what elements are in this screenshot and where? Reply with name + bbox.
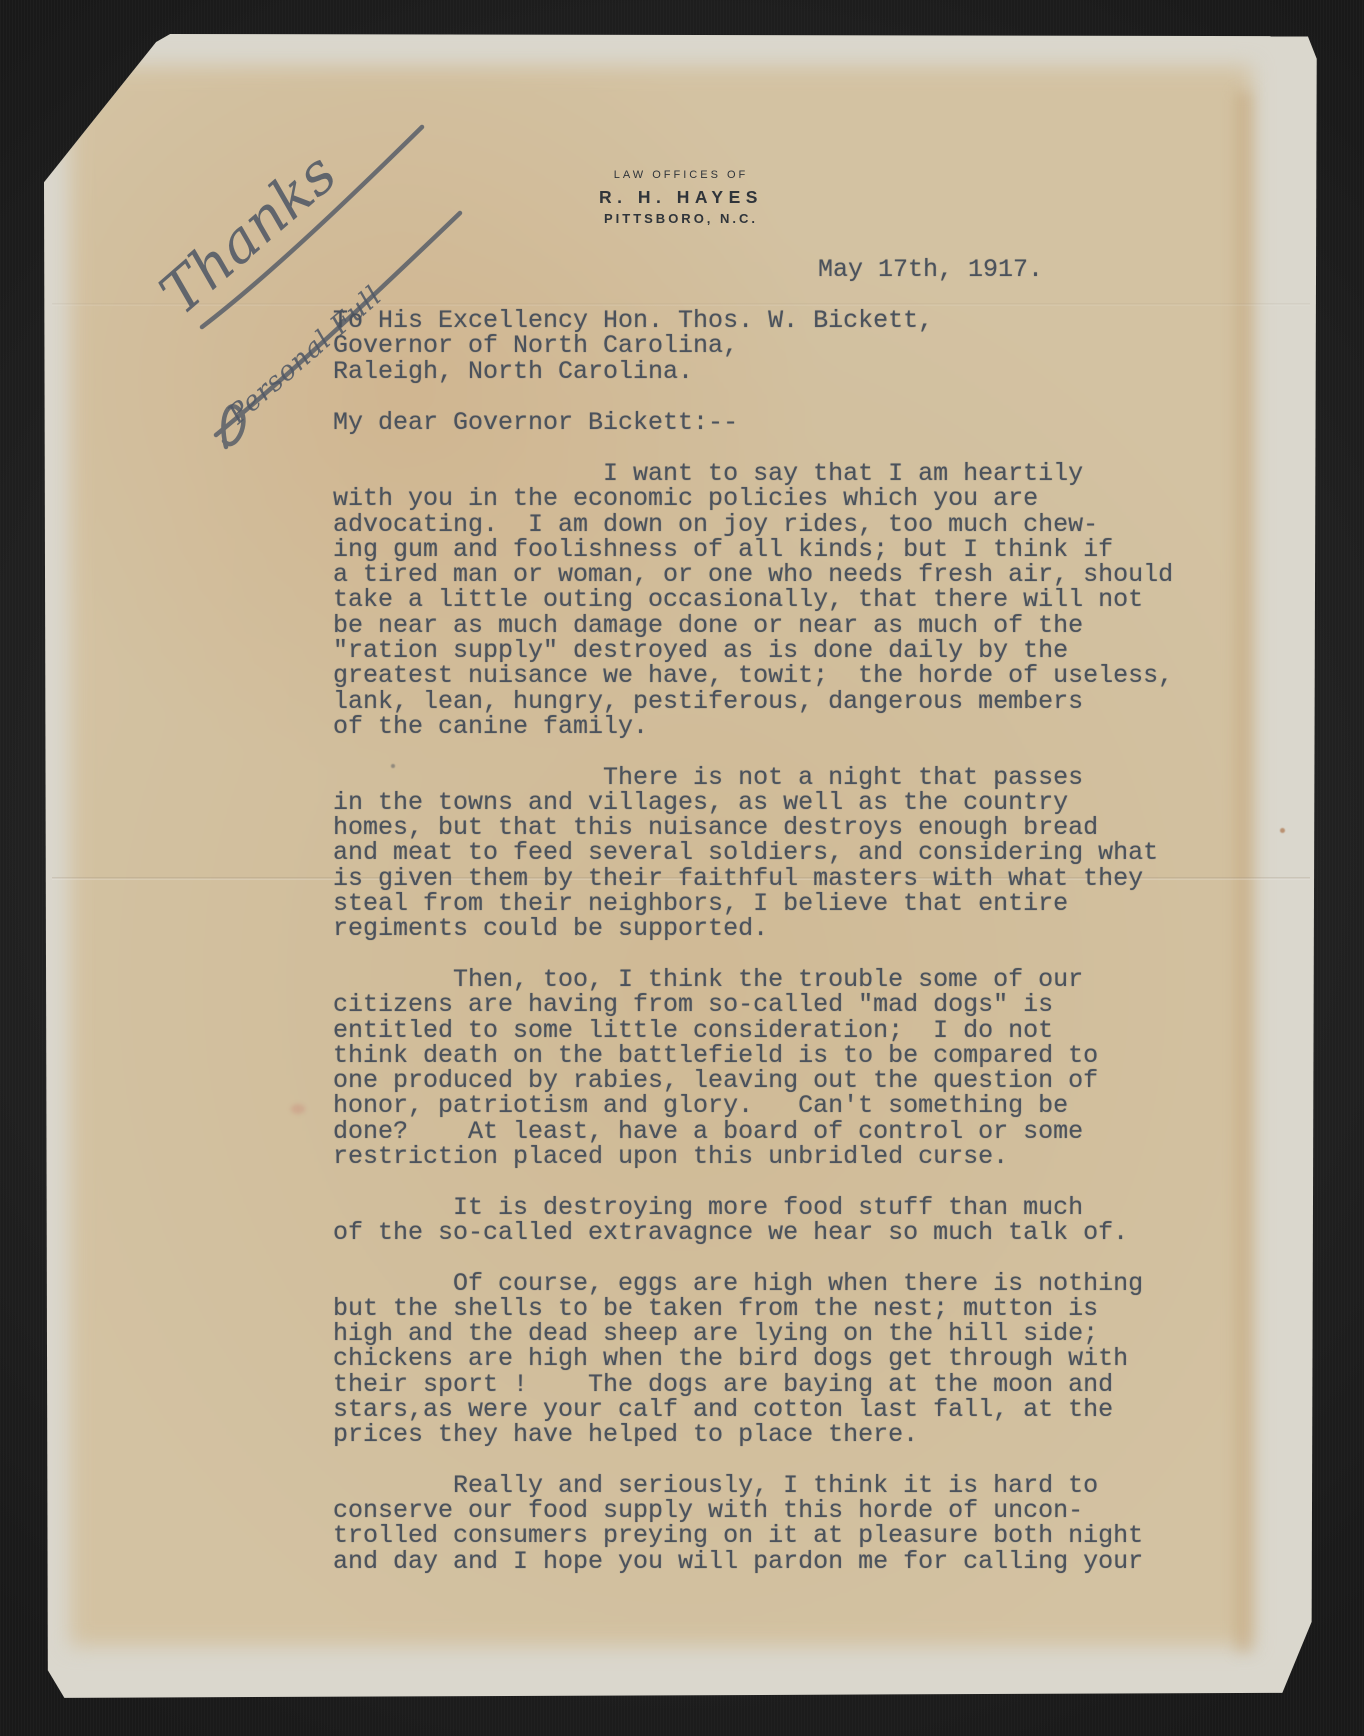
letter-content: LAW OFFICES OF R. H. HAYES PITTSBORO, N.…	[0, 0, 1364, 1736]
annotation-word-thanks: Thanks	[148, 140, 349, 327]
date-line: May 17th, 1917.	[818, 257, 1043, 282]
salutation: My dear Governor Bickett:--	[333, 410, 738, 435]
recipient-address: To His Excellency Hon. Thos. W. Bickett,…	[333, 308, 933, 384]
letter-body: I want to say that I am heartily with yo…	[333, 461, 1173, 1574]
scan-background: { "colors": { "background": "#212121", "…	[0, 0, 1364, 1736]
